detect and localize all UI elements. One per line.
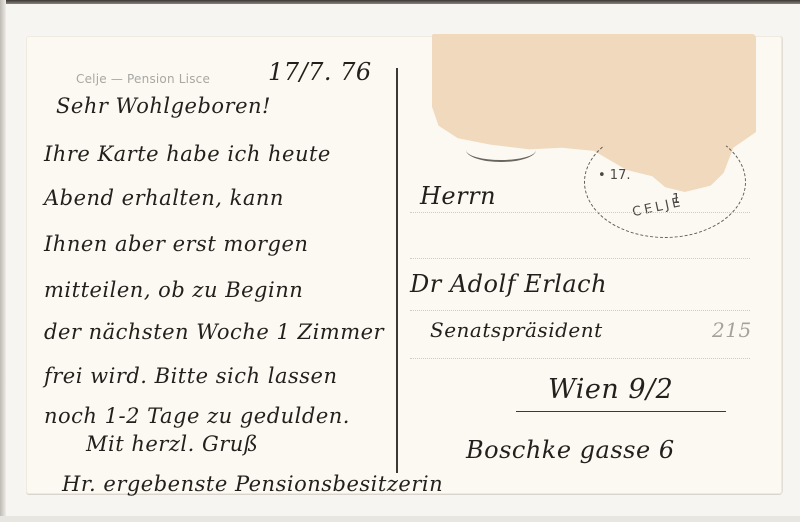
address-line-3 (410, 310, 750, 311)
address-salutation: Herrn (420, 182, 496, 210)
address-title: Senatspräsident (430, 318, 603, 342)
address-line-4 (410, 358, 750, 359)
address-city: Wien 9/2 (548, 374, 673, 405)
message-line: Hr. ergebenste Pensionsbesitzerin (62, 472, 443, 496)
message-line: Ihre Karte habe ich heute (44, 142, 331, 166)
handwritten-date: 17/7. 76 (268, 58, 372, 86)
message-line: Ihnen aber erst morgen (44, 232, 308, 256)
message-line: Abend erhalten, kann (44, 186, 284, 210)
message-line: noch 1-2 Tage zu gedulden. (44, 404, 350, 428)
message-address-divider (396, 68, 398, 473)
postmark-arc-left (466, 138, 536, 162)
message-line: Mit herzl. Gruß (86, 432, 258, 456)
scan-bottom-edge (0, 516, 800, 522)
message-line: der nächsten Woche 1 Zimmer (44, 320, 384, 344)
city-underline (516, 411, 726, 412)
scan-top-edge (0, 0, 800, 4)
message-line: frei wird. Bitte sich lassen (44, 364, 337, 388)
address-line-2 (410, 258, 750, 259)
address-name: Dr Adolf Erlach (410, 270, 607, 298)
address-street: Boschke gasse 6 (466, 436, 675, 464)
printed-header: Celje — Pension Lisce (76, 72, 210, 86)
message-line: mitteilen, ob zu Beginn (44, 278, 303, 302)
message-line: Sehr Wohlgeboren! (56, 94, 271, 118)
postmark-date: • 17. (598, 168, 630, 183)
scan-left-edge (0, 0, 6, 522)
pencil-note: 215 (712, 318, 752, 342)
address-line-1 (410, 212, 750, 213)
